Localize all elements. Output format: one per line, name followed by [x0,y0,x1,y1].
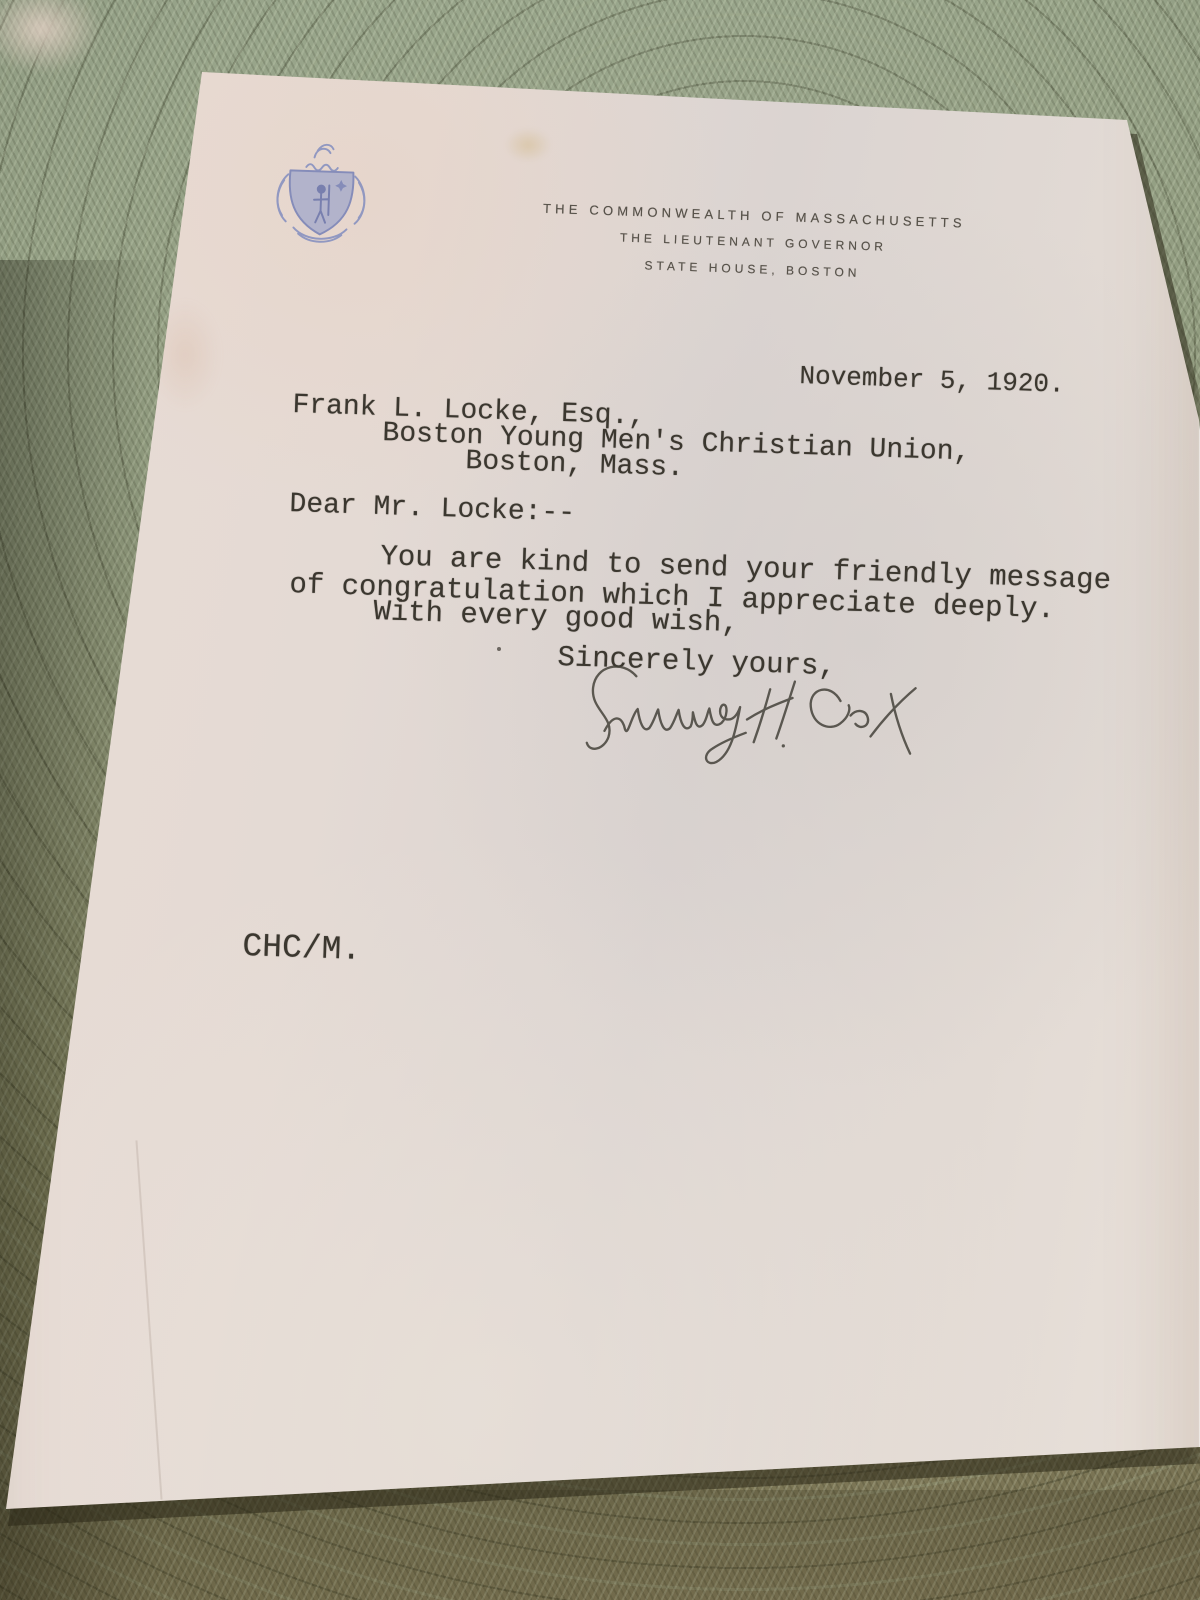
letter-paper: THE COMMONWEALTH OF MASSACHUSETTS THE LI… [0,0,1200,1600]
paper-stain [505,128,551,162]
paper-crease [135,1140,162,1499]
placemat-corner-highlight [0,0,102,74]
massachusetts-seal-icon [260,136,382,260]
letterhead: THE COMMONWEALTH OF MASSACHUSETTS THE LI… [517,194,990,291]
letter-date: November 5, 1920. [799,361,1065,400]
photo-of-letter: { "scene": { "background": "woven-placem… [0,0,1200,1600]
salutation-line: Dear Mr. Locke:-- [289,489,576,529]
ink-speck [497,647,501,651]
signature-channing-h-cox: Channing H. Cox [571,656,921,781]
reference-initials: CHC/M. [242,928,362,969]
recipient-city-line: Boston, Mass. [465,446,684,484]
